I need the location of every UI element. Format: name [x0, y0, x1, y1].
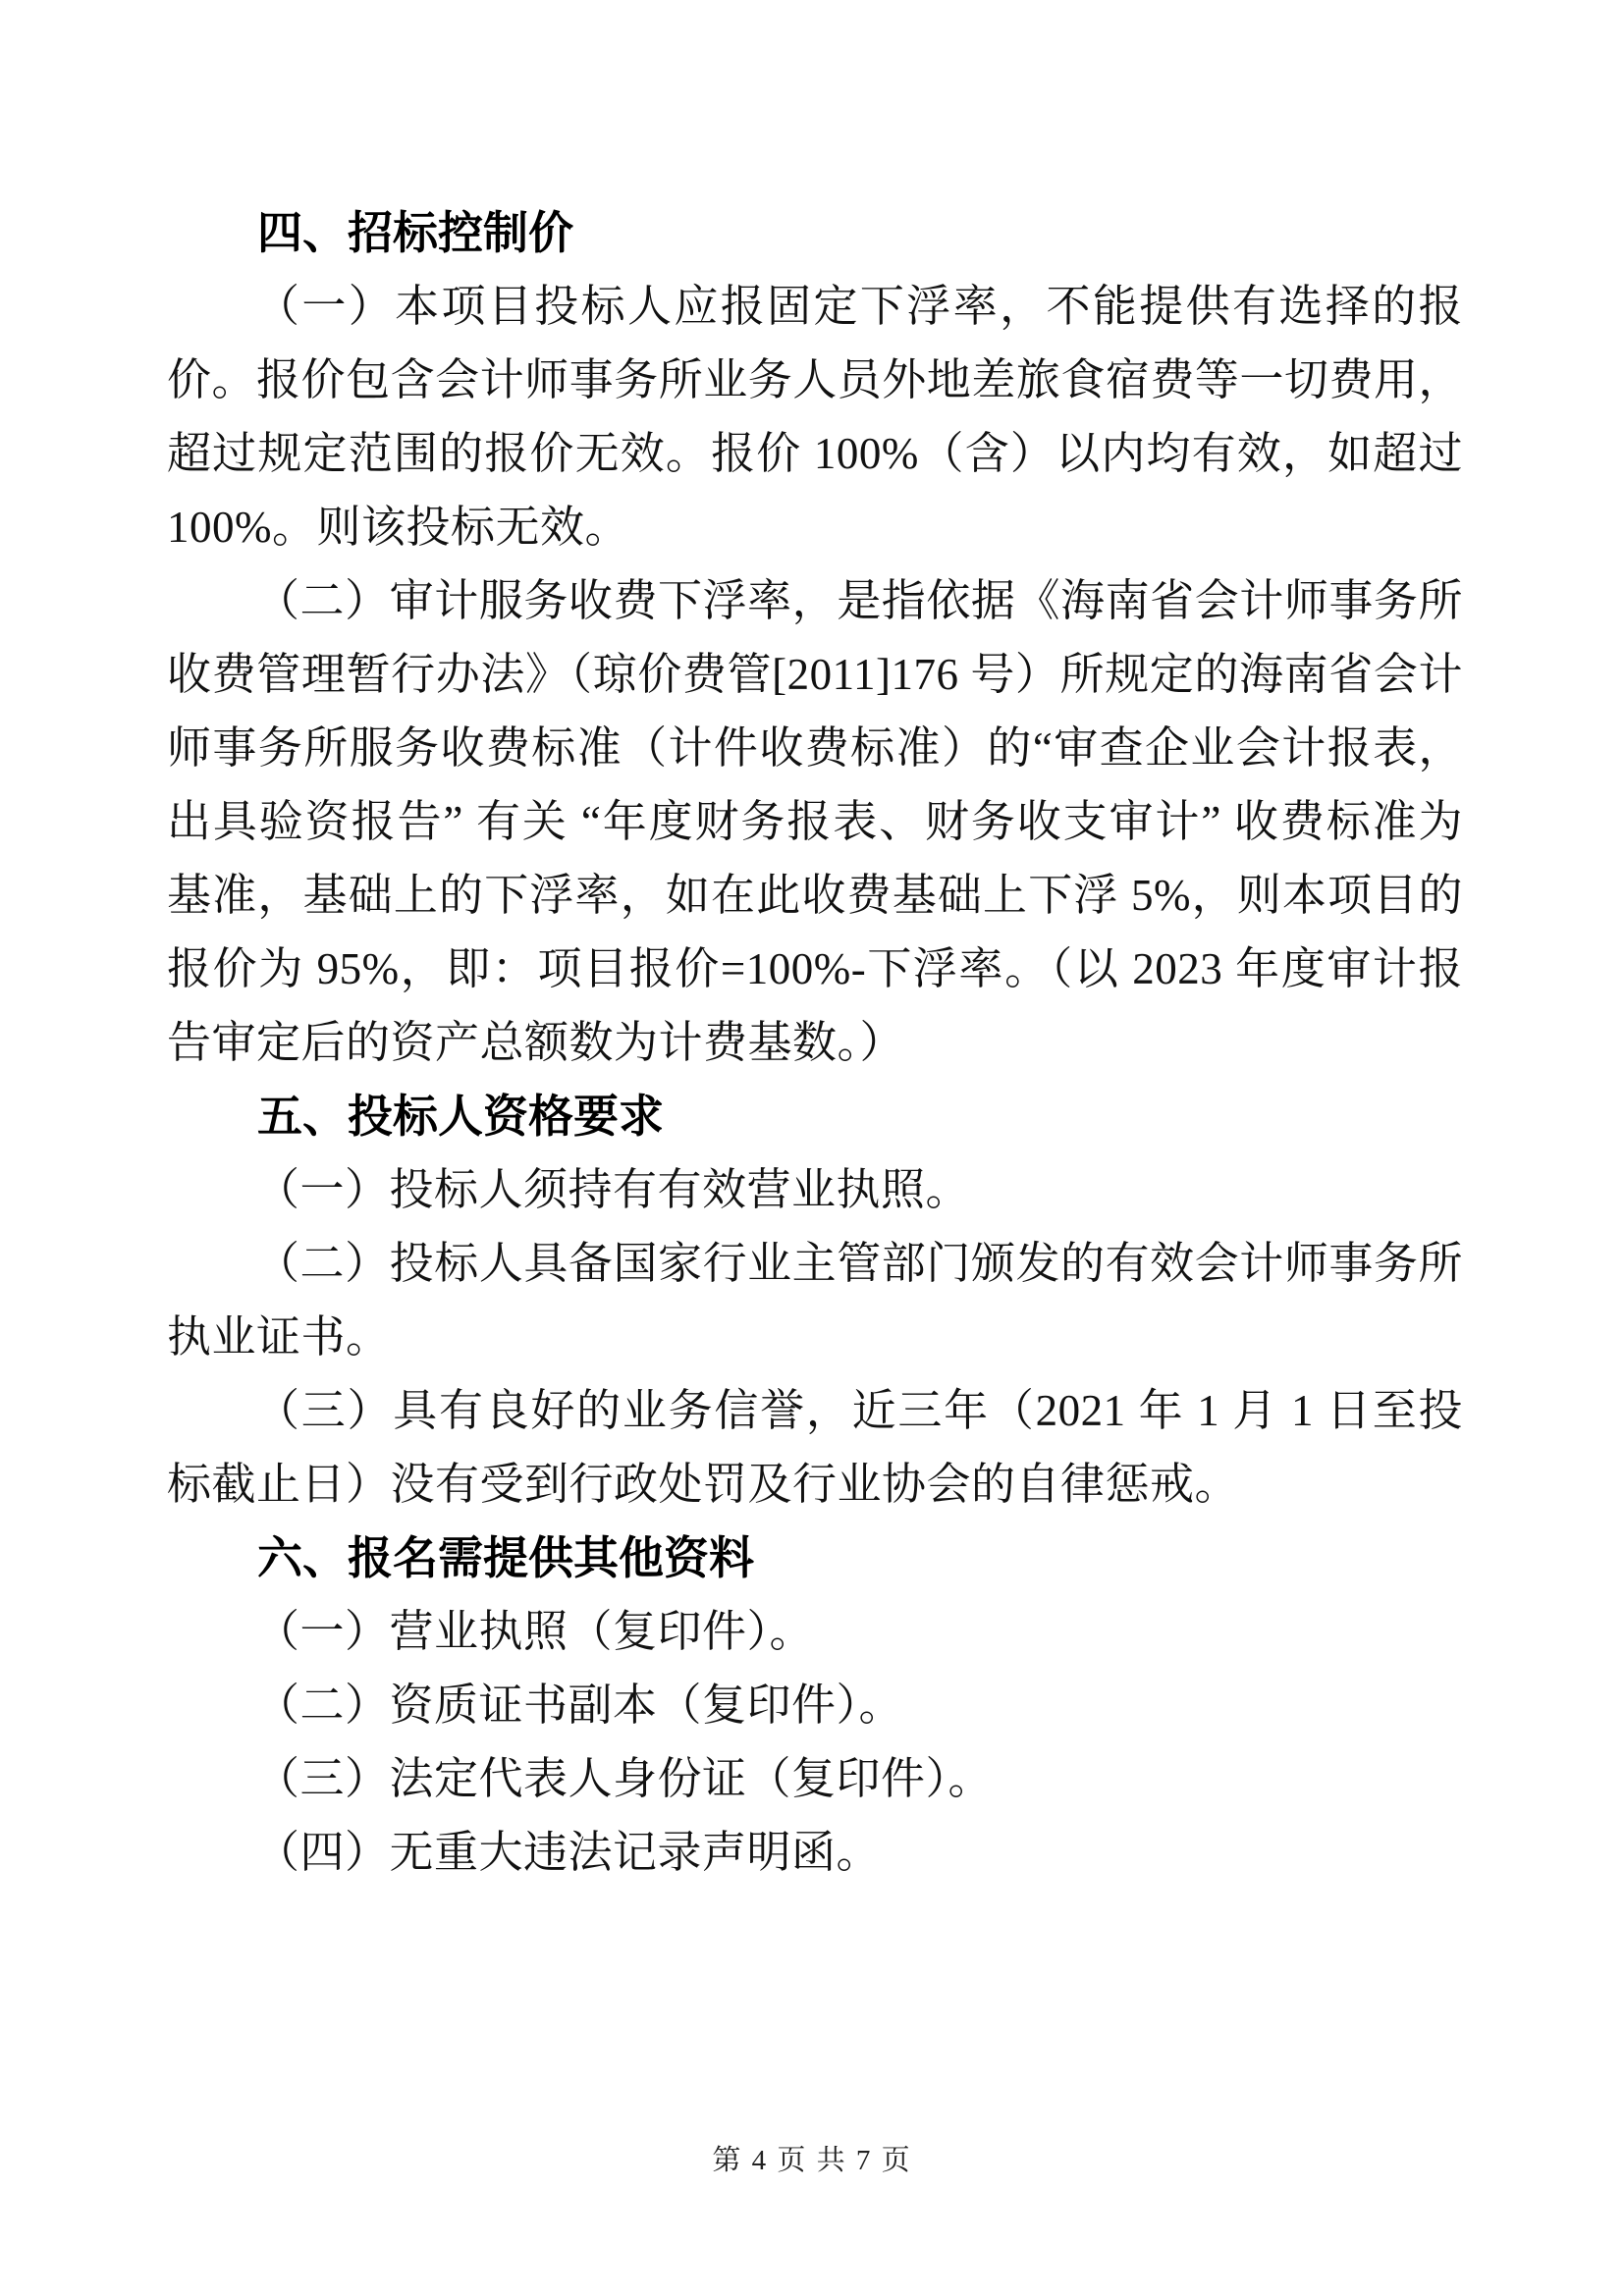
paragraph: （一）投标人须持有有效营业执照。 — [167, 1153, 1463, 1227]
paragraph: （二）投标人具备国家行业主管部门颁发的有效会计师事务所执业证书。 — [167, 1227, 1463, 1374]
paragraph: （三）具有良好的业务信誉，近三年（2021 年 1 月 1 日至投标截止日）没有… — [167, 1374, 1463, 1522]
section-heading-other-materials: 六、报名需提供其他资料 — [167, 1522, 1463, 1595]
paragraph: （一）营业执照（复印件）。 — [167, 1595, 1463, 1669]
paragraph: （二）资质证书副本（复印件）。 — [167, 1669, 1463, 1742]
paragraph: （四）无重大违法记录声明函。 — [167, 1816, 1463, 1890]
paragraph: （二）审计服务收费下浮率，是指依据《海南省会计师事务所收费管理暂行办法》（琼价费… — [167, 564, 1463, 1080]
document-content: 四、招标控制价 （一）本项目投标人应报固定下浮率，不能提供有选择的报价。报价包含… — [0, 0, 1624, 1890]
document-page: 四、招标控制价 （一）本项目投标人应报固定下浮率，不能提供有选择的报价。报价包含… — [0, 0, 1624, 2296]
paragraph: （一）本项目投标人应报固定下浮率，不能提供有选择的报价。报价包含会计师事务所业务… — [167, 270, 1463, 564]
page-number: 第 4 页 共 7 页 — [0, 2138, 1624, 2178]
paragraph: （三）法定代表人身份证（复印件）。 — [167, 1742, 1463, 1816]
section-heading-tender-control-price: 四、招标控制价 — [167, 196, 1463, 270]
section-heading-bidder-qualifications: 五、投标人资格要求 — [167, 1080, 1463, 1153]
